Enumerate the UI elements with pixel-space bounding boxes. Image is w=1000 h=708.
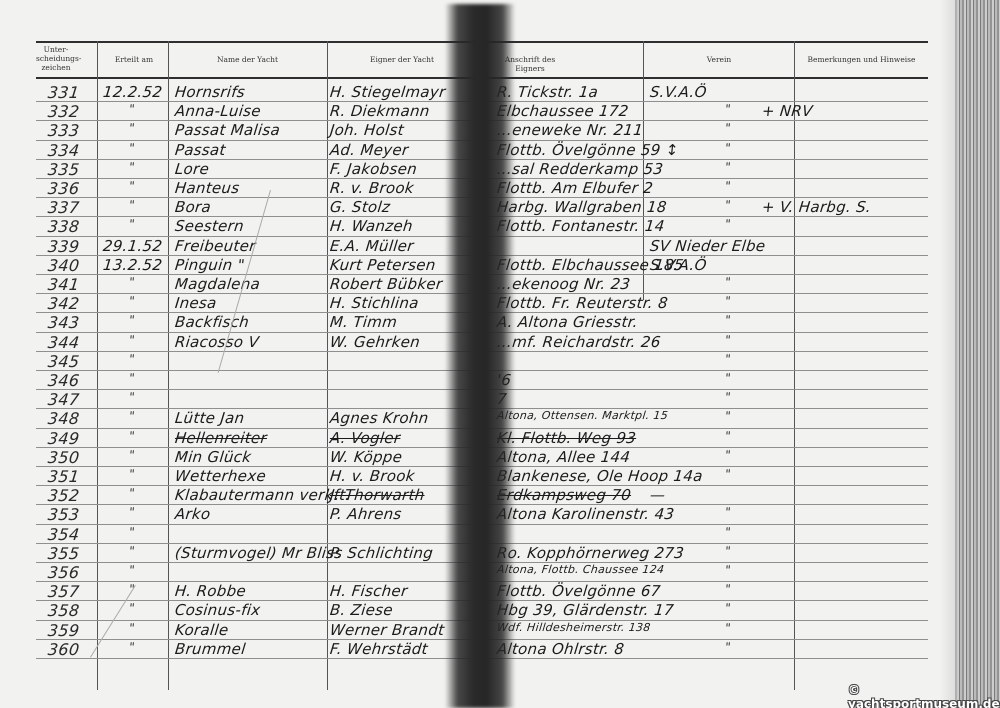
cell-issued: "	[128, 313, 135, 327]
cell-yacht: Passat	[174, 141, 227, 159]
cell-number: 342	[47, 294, 80, 313]
cell-owner: Werner Brandt	[329, 621, 445, 639]
cell-address: …ekenoog Nr. 23	[496, 275, 631, 293]
cell-address: Altona Ohlrstr. 8	[496, 640, 625, 658]
cell-number: 346	[47, 371, 80, 390]
cell-yacht: (Sturmvogel) Mr Bliss	[174, 544, 343, 562]
cell-issued: "	[128, 525, 135, 539]
cell-address: Flottb. Fontanestr. 14	[496, 217, 666, 235]
cell-address: Altona, Ottensen. Marktpl. 15	[496, 409, 668, 422]
cell-address: Kl. Flottb. Weg 93	[496, 429, 637, 447]
cell-yacht: Lütte Jan	[174, 409, 245, 427]
cell-club: "	[724, 102, 731, 116]
cell-address: A. Altona Griesstr.	[496, 313, 639, 331]
cell-club: "	[724, 640, 731, 654]
column-divider	[327, 41, 328, 690]
cell-owner: E.A. Müller	[329, 237, 415, 255]
cell-number: 358	[47, 601, 80, 620]
cell-address: Flottb. Övelgönne 59 ↕	[496, 141, 680, 159]
cell-owner: W. Köppe	[329, 448, 403, 466]
cell-issued: "	[128, 141, 135, 155]
cell-club: "	[724, 352, 731, 366]
cell-issued: 13.2.52	[102, 256, 163, 274]
cell-number: 344	[47, 333, 80, 352]
cell-owner: H. Fischer	[329, 582, 408, 600]
cell-club: SV Nieder Elbe	[649, 237, 766, 255]
cell-number: 334	[47, 141, 80, 160]
cell-address: Altona, Allee 144	[496, 448, 631, 466]
cell-club: "	[724, 544, 731, 558]
copyright-watermark: © yachtsportmuseum.de	[848, 683, 1000, 708]
cell-club: "	[724, 141, 731, 155]
cell-issued: "	[128, 390, 135, 404]
cell-owner: F. Jakobsen	[329, 160, 418, 178]
cell-club: "	[724, 563, 731, 577]
cell-remarks: + NRV	[761, 102, 814, 120]
cell-yacht: Wetterhexe	[174, 467, 267, 485]
cell-address: Ro. Kopphörnerweg 273	[496, 544, 685, 562]
cell-yacht: Lore	[174, 160, 210, 178]
cell-issued: "	[128, 467, 135, 481]
cell-issued: "	[128, 505, 135, 519]
cell-number: 339	[47, 237, 80, 256]
cell-issued: 29.1.52	[102, 237, 163, 255]
cell-yacht: Min Glück	[174, 448, 252, 466]
cell-yacht: Freibeuter	[174, 237, 257, 255]
cell-number: 332	[47, 102, 80, 121]
cell-club: "	[724, 601, 731, 615]
cell-owner: P. Ahrens	[329, 505, 403, 523]
cell-club: "	[724, 160, 731, 174]
cell-owner: R. Diekmann	[329, 102, 431, 120]
cell-club: "	[724, 505, 731, 519]
cell-issued: "	[128, 198, 135, 212]
cell-issued: "	[128, 217, 135, 231]
cell-issued: "	[128, 179, 135, 193]
cell-number: 343	[47, 313, 80, 332]
cell-number: 349	[47, 429, 80, 448]
cell-issued: "	[128, 102, 135, 116]
cell-yacht: Riacosso V	[174, 333, 260, 351]
cell-issued: "	[128, 121, 135, 135]
cell-yacht: Anna-Luise	[174, 102, 262, 120]
cell-issued: "	[128, 621, 135, 635]
cell-owner: Robert Bübker	[329, 275, 443, 293]
cell-club: "	[724, 621, 731, 635]
cell-club: "	[724, 333, 731, 347]
cell-remarks: + V. Harbg. S.	[761, 198, 872, 216]
cell-yacht: Passat Malisa	[174, 121, 281, 139]
cell-yacht: Brummel	[174, 640, 247, 658]
cell-issued: "	[128, 371, 135, 385]
cell-yacht: Koralle	[174, 621, 229, 639]
cell-address: Flottb. Am Elbufer 2	[496, 179, 654, 197]
cell-owner: W. Gehrken	[329, 333, 421, 351]
ledger-spread: Unter- scheidungs- zeichen Erteilt am Na…	[0, 0, 1000, 708]
column-divider	[794, 41, 795, 690]
cell-club: "	[724, 275, 731, 289]
cell-number: 351	[47, 467, 80, 486]
cell-club: "	[724, 198, 731, 212]
cell-number: 354	[47, 525, 80, 544]
cell-yacht: Hanteus	[174, 179, 240, 197]
column-divider	[168, 41, 169, 690]
cell-issued: "	[128, 429, 135, 443]
cell-issued: "	[128, 448, 135, 462]
cell-address: Flottb. Fr. Reuterstr. 8	[496, 294, 669, 312]
cell-yacht: Hornsrifs	[174, 83, 246, 101]
cell-number: 357	[47, 582, 80, 601]
cell-club: "	[724, 217, 731, 231]
cell-club: "	[724, 429, 731, 443]
cell-number: 350	[47, 448, 80, 467]
cell-club: "	[724, 313, 731, 327]
cell-yacht: Magdalena	[174, 275, 261, 293]
cell-number: 353	[47, 505, 80, 524]
column-header-remarks: Bemerkungen und Hinweise	[795, 55, 928, 64]
column-header-issued: Erteilt am	[100, 55, 168, 64]
cell-yacht: Inesa	[174, 294, 218, 312]
cell-owner: H. v. Brook	[329, 467, 416, 485]
cell-club: S.V.A.Ö	[649, 256, 708, 274]
book-binding-shadow	[445, 4, 515, 708]
cell-club: "	[724, 467, 731, 481]
cell-number: 359	[47, 621, 80, 640]
cell-owner: H. Stiegelmayr	[329, 83, 446, 101]
cell-owner: Kurt Petersen	[329, 256, 437, 274]
cell-owner: G. Stolz	[329, 198, 391, 216]
cell-owner: M. Timm	[329, 313, 398, 331]
cell-club: "	[724, 582, 731, 596]
cell-club: "	[724, 448, 731, 462]
cell-club: "	[724, 525, 731, 539]
cell-issued: "	[128, 544, 135, 558]
cell-number: 338	[47, 217, 80, 236]
cell-address: Blankenese, Ole Hoop 14a	[496, 467, 704, 485]
cell-address: Altona Karolinenstr. 43	[496, 505, 675, 523]
cell-number: 341	[47, 275, 80, 294]
cell-club: —	[649, 486, 666, 504]
cell-club: "	[724, 390, 731, 404]
cell-address: …eneweke Nr. 211	[496, 121, 644, 139]
cell-issued: "	[128, 294, 135, 308]
cell-number: 360	[47, 640, 80, 659]
cell-number: 337	[47, 198, 80, 217]
cell-issued: "	[128, 486, 135, 500]
cell-number: 340	[47, 256, 80, 275]
cell-issued: "	[128, 275, 135, 289]
cell-number: 355	[47, 544, 80, 563]
cell-issued: "	[128, 352, 135, 366]
cell-yacht: Bora	[174, 198, 212, 216]
page-edge-shadow	[940, 0, 958, 708]
cell-address: …sal Redderkamp 53	[496, 160, 664, 178]
cell-yacht: Klabautermann verkft.	[174, 486, 351, 504]
column-header-number: Unter- scheidungs- zeichen	[36, 45, 76, 72]
cell-yacht: H. Robbe	[174, 582, 247, 600]
cell-owner: J. Thorwarth	[329, 486, 425, 504]
cell-yacht: Pinguin "	[174, 256, 246, 274]
cell-issued: "	[128, 160, 135, 174]
cell-owner: Ad. Meyer	[329, 141, 409, 159]
cell-yacht: Hellenreiter	[174, 429, 268, 447]
cell-club: S.V.A.Ö	[649, 83, 708, 101]
column-divider	[97, 41, 98, 690]
column-header-club: Verein	[645, 55, 793, 64]
cell-club: "	[724, 371, 731, 385]
cell-issued: "	[128, 333, 135, 347]
cell-issued: "	[128, 640, 135, 654]
cell-yacht: Arko	[174, 505, 211, 523]
cell-owner: Joh. Holst	[329, 121, 405, 139]
cell-issued: "	[128, 563, 135, 577]
cell-club: "	[724, 294, 731, 308]
cell-owner: F. Wehrstädt	[329, 640, 429, 658]
cell-address: …mf. Reichardstr. 26	[496, 333, 662, 351]
cell-owner: B. Ziese	[329, 601, 394, 619]
cell-address: Hbg 39, Glärdenstr. 17	[496, 601, 675, 619]
cell-number: 331	[47, 83, 80, 102]
cell-number: 335	[47, 160, 80, 179]
cell-owner: H. Wanzeh	[329, 217, 414, 235]
cell-address: Harbg. Wallgraben 18	[496, 198, 668, 216]
cell-yacht: Seestern	[174, 217, 245, 235]
cell-address: Erdkampsweg 70	[496, 486, 632, 504]
cell-club: "	[724, 409, 731, 423]
cell-owner: A. Vogler	[329, 429, 401, 447]
cell-yacht: Backfisch	[174, 313, 250, 331]
cell-address: Elbchaussee 172	[496, 102, 630, 120]
cell-number: 345	[47, 352, 80, 371]
cell-number: 348	[47, 409, 80, 428]
cell-issued: "	[128, 409, 135, 423]
cell-owner: H. Stichlina	[329, 294, 420, 312]
cell-number: 336	[47, 179, 80, 198]
cell-yacht: Cosinus-fix	[174, 601, 261, 619]
cell-number: 347	[47, 390, 80, 409]
cell-address: Flottb. Övelgönne 67	[496, 582, 662, 600]
column-header-yacht: Name der Yacht	[170, 55, 325, 64]
cell-address: Altona, Flottb. Chaussee 124	[496, 563, 665, 576]
cell-number: 352	[47, 486, 80, 505]
cell-number: 356	[47, 563, 80, 582]
cell-number: 333	[47, 121, 80, 140]
cell-club: "	[724, 121, 731, 135]
cell-issued: "	[128, 601, 135, 615]
cell-club: "	[724, 179, 731, 193]
cell-owner: P. Schlichting	[329, 544, 434, 562]
cell-owner: R. v. Brook	[329, 179, 415, 197]
cell-address: Wdf. Hilldesheimerstr. 138	[496, 621, 651, 634]
cell-issued: 12.2.52	[102, 83, 163, 101]
cell-owner: Agnes Krohn	[329, 409, 430, 427]
page-edge-stack	[955, 0, 1000, 708]
